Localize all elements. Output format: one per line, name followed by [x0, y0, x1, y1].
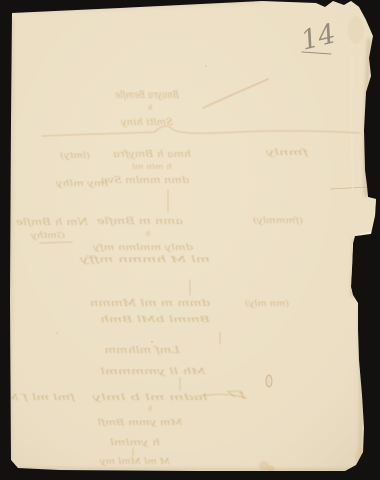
scan-background: { "meta": { "background_color": "#131010…: [0, 0, 380, 480]
showthrough-line: Nm h Bmfle: [16, 218, 89, 228]
showthrough-line: M ml Mml my: [100, 457, 171, 467]
showthrough-line: amn m Bmfle: [97, 217, 183, 227]
showthrough-line: Bmml bMl Bmh: [100, 315, 212, 325]
showthrough-line: hma h Bmyfra: [113, 150, 191, 160]
showthrough-line: Bnuyra Bemfle: [115, 90, 180, 101]
showthrough-line: ml M hmmn mffy: [80, 255, 210, 265]
showthrough-line: h: [146, 230, 151, 238]
showthrough-line: Gmthy: [31, 231, 65, 241]
showthrough-line: ladm ml b lmly: [92, 393, 207, 403]
showthrough-line: lmy mlhy: [55, 179, 108, 188]
scan-stage: Bnuyra Bemfle h Smlti hiny (lmty) hma h …: [0, 0, 380, 480]
showthrough-line: fml ml f M: [4, 393, 77, 402]
showthrough-line: dmly mmlmn mfy: [93, 243, 193, 253]
showthrough-line: fmnly: [265, 148, 310, 157]
showthrough-line: Mm ymm Bmfl: [97, 418, 184, 428]
showthrough-line: h: [148, 405, 153, 413]
showthrough-line: h mln ml: [131, 162, 172, 171]
showthrough-line: h ymlml: [109, 438, 160, 447]
showthrough-line: Lmf mlhmm: [105, 346, 181, 356]
showthrough-line: dmn mmlm Sva: [101, 176, 189, 186]
showthrough-line: Mh ll ymmmml: [100, 367, 207, 377]
showthrough-line: (lmty): [60, 151, 90, 160]
showthrough-line: dmm m ml Mmmn: [90, 299, 210, 309]
showthrough-line: h: [148, 104, 153, 112]
showthrough-line: Smlti hiny: [120, 117, 173, 128]
scanned-page: Bnuyra Bemfle h Smlti hiny (lmty) hma h …: [0, 0, 380, 480]
showthrough-line: (fmmmly): [253, 216, 303, 225]
showthrough-line: (mn mly): [245, 299, 289, 308]
showthrough-line: f7: [225, 390, 247, 399]
